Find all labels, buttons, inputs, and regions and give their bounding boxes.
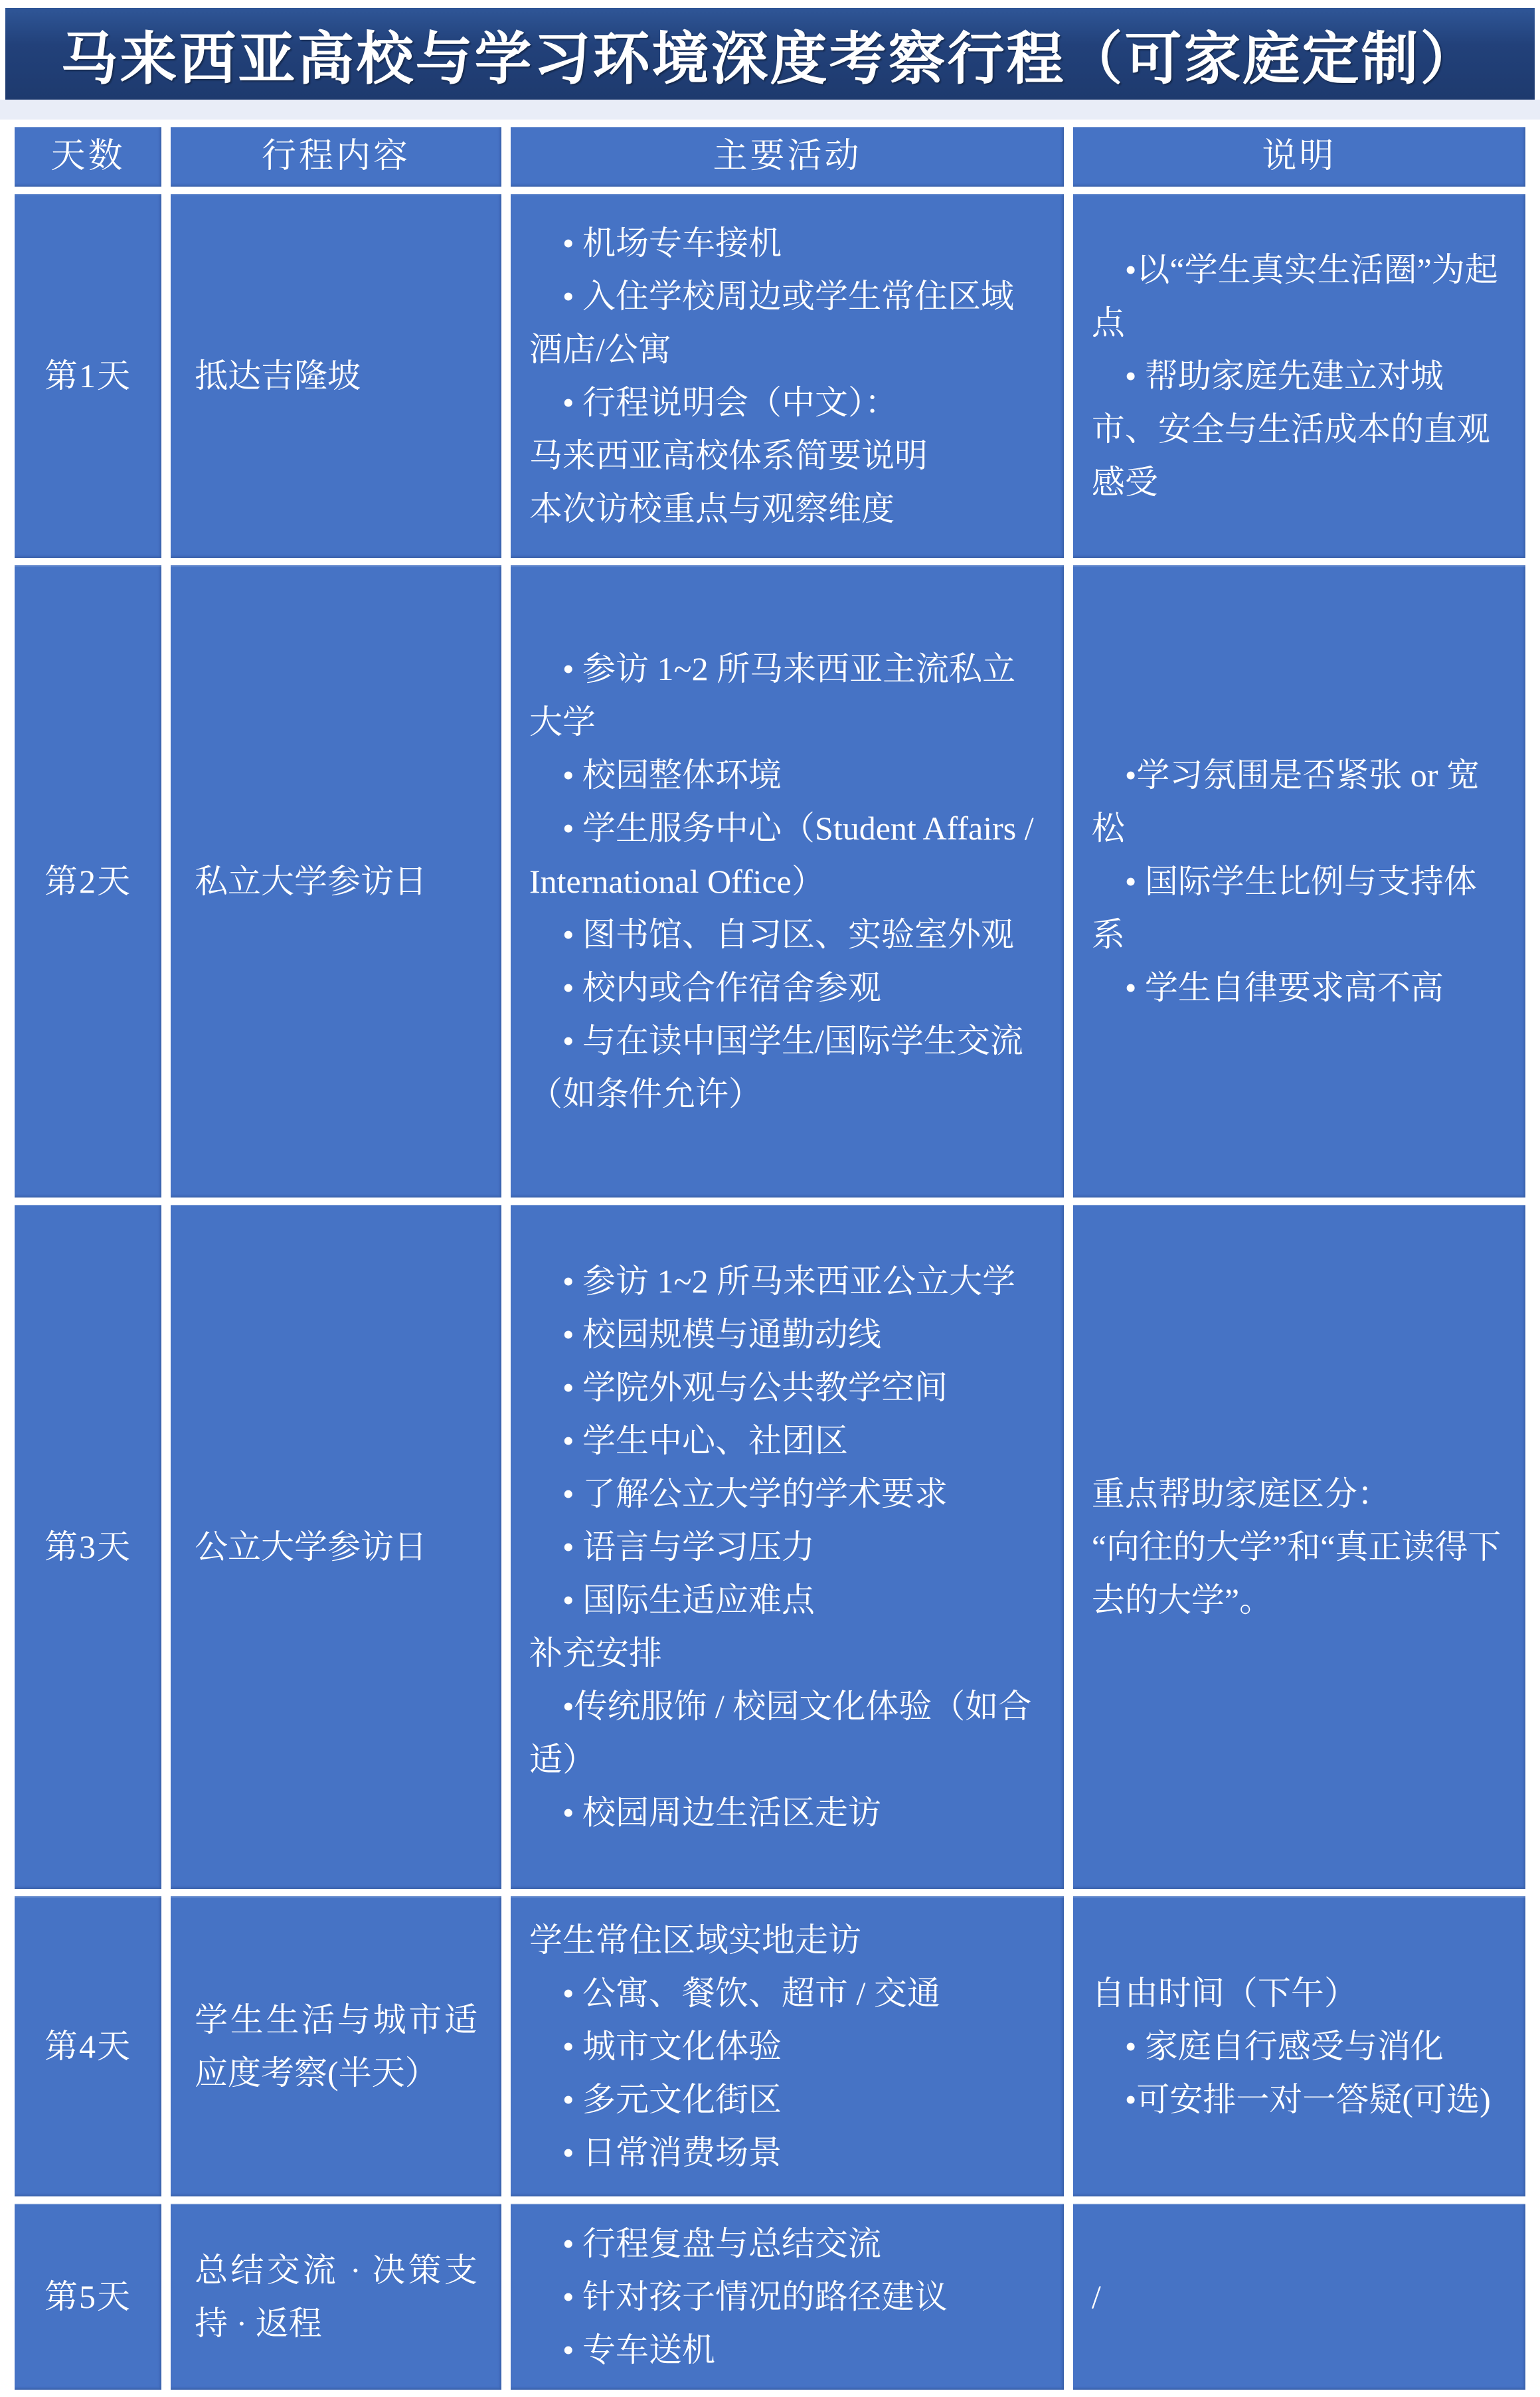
- table-row-day2: 第2天 私立大学参访日 • 参访 1~2 所马来西亚主流私立大学 • 校园整体环…: [15, 565, 1525, 1198]
- content-cell: 私立大学参访日: [171, 565, 501, 1198]
- title-bar: 马来西亚高校与学习环境深度考察行程（可家庭定制）: [5, 8, 1535, 100]
- activities-cell: • 机场专车接机 • 入住学校周边或学生常住区域酒店/公寓 • 行程说明会（中文…: [511, 194, 1064, 558]
- title-gap-strip: [0, 100, 1540, 120]
- page-title: 马来西亚高校与学习环境深度考察行程（可家庭定制）: [61, 13, 1480, 95]
- day-cell: 第2天: [15, 565, 161, 1198]
- day-cell: 第1天: [15, 194, 161, 558]
- table-row-day1: 第1天 抵达吉隆坡 • 机场专车接机 • 入住学校周边或学生常住区域酒店/公寓 …: [15, 194, 1525, 558]
- activities-cell: • 参访 1~2 所马来西亚主流私立大学 • 校园整体环境 • 学生服务中心（S…: [511, 565, 1064, 1198]
- header-days: 天数: [15, 127, 161, 187]
- day-cell: 第4天: [15, 1896, 161, 2196]
- notes-cell: 重点帮助家庭区分： “向往的大学”和“真正读得下去的大学”。: [1073, 1205, 1525, 1889]
- activities-cell: • 行程复盘与总结交流 • 针对孩子情况的路径建议 • 专车送机: [511, 2204, 1064, 2390]
- notes-cell: •以“学生真实生活圈”为起点 • 帮助家庭先建立对城市、安全与生活成本的直观感受: [1073, 194, 1525, 558]
- header-main-activities: 主要活动: [511, 127, 1064, 187]
- notes-cell: /: [1073, 2204, 1525, 2390]
- activities-cell: 学生常住区域实地走访 • 公寓、餐饮、超市 / 交通 • 城市文化体验 • 多元…: [511, 1896, 1064, 2196]
- activities-cell: • 参访 1~2 所马来西亚公立大学 • 校园规模与通勤动线 • 学院外观与公共…: [511, 1205, 1064, 1889]
- page: 马来西亚高校与学习环境深度考察行程（可家庭定制） 天数 行程内容 主要活动 说明…: [0, 0, 1540, 2397]
- content-cell: 学生生活与城市适应度考察(半天）: [171, 1896, 501, 2196]
- table-row-day3: 第3天 公立大学参访日 • 参访 1~2 所马来西亚公立大学 • 校园规模与通勤…: [15, 1205, 1525, 1889]
- content-cell: 抵达吉隆坡: [171, 194, 501, 558]
- table-row-day5: 第5天 总结交流 · 决策支持 · 返程 • 行程复盘与总结交流 • 针对孩子情…: [15, 2204, 1525, 2390]
- day-cell: 第3天: [15, 1205, 161, 1889]
- content-cell: 总结交流 · 决策支持 · 返程: [171, 2204, 501, 2390]
- content-cell: 公立大学参访日: [171, 1205, 501, 1889]
- itinerary-table: 天数 行程内容 主要活动 说明 第1天 抵达吉隆坡 • 机场专车接机 • 入住学…: [5, 120, 1535, 2397]
- header-itinerary-content: 行程内容: [171, 127, 501, 187]
- header-row: 天数 行程内容 主要活动 说明: [15, 127, 1525, 187]
- day-cell: 第5天: [15, 2204, 161, 2390]
- notes-cell: 自由时间（下午） • 家庭自行感受与消化 •可安排一对一答疑(可选): [1073, 1896, 1525, 2196]
- header-notes: 说明: [1073, 127, 1525, 187]
- table-row-day4: 第4天 学生生活与城市适应度考察(半天） 学生常住区域实地走访 • 公寓、餐饮、…: [15, 1896, 1525, 2196]
- notes-cell: •学习氛围是否紧张 or 宽松 • 国际学生比例与支持体系 • 学生自律要求高不…: [1073, 565, 1525, 1198]
